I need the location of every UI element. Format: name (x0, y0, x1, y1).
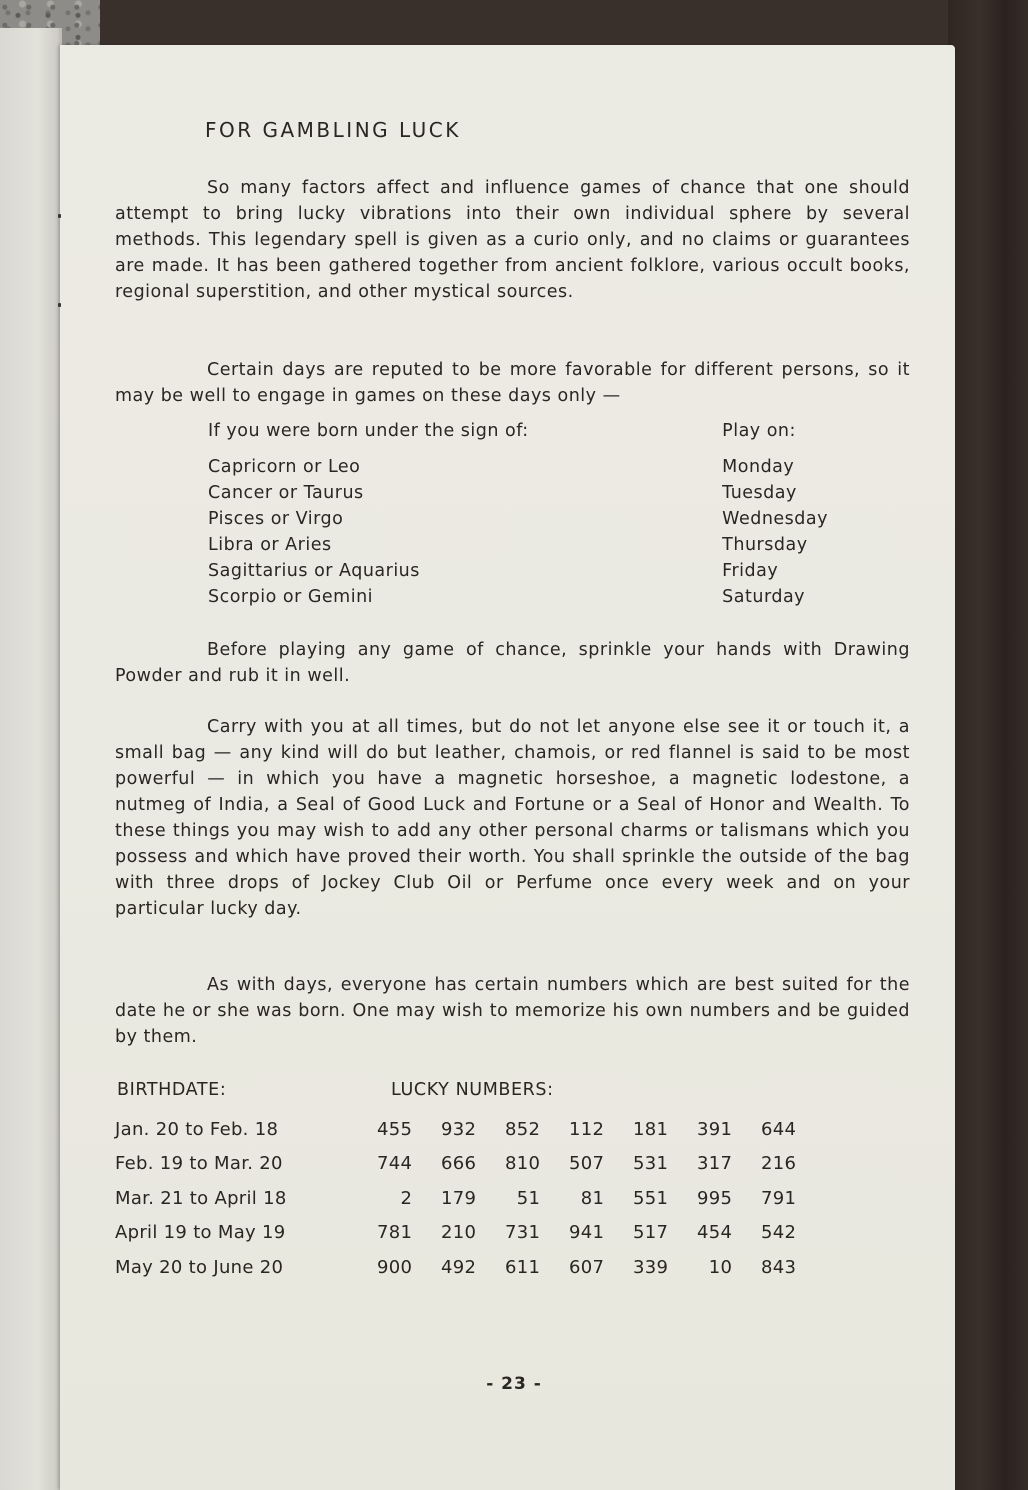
lucky-number-cell: 932 (412, 1112, 476, 1147)
zodiac-signs-cell: Sagittarius or Aquarius (208, 558, 722, 584)
lucky-number-cell: 81 (540, 1181, 604, 1216)
birthdate-cell: April 19 to May 19 (115, 1216, 377, 1251)
zodiac-signs-cell: Capricorn or Leo (208, 454, 722, 480)
lucky-number-cell: 112 (540, 1112, 604, 1147)
drawing-powder-paragraph: Before playing any game of chance, sprin… (115, 637, 910, 689)
page-title: FOR GAMBLING LUCK (205, 118, 461, 142)
table-row: Capricorn or LeoMonday (208, 454, 828, 480)
birthdate-column-header: BIRTHDATE: (117, 1080, 226, 1100)
lucky-number-cell: 941 (540, 1216, 604, 1251)
zodiac-signs-cell: Scorpio or Gemini (208, 584, 722, 610)
sign-column-header: If you were born under the sign of: (208, 418, 722, 454)
facing-page-edge (0, 28, 62, 1490)
birthdate-cell: May 20 to June 20 (115, 1250, 377, 1285)
lucky-number-cell: 731 (476, 1216, 540, 1251)
birthdate-cell: Jan. 20 to Feb. 18 (115, 1112, 377, 1147)
lucky-number-cell: 852 (476, 1112, 540, 1147)
lucky-number-cell: 995 (668, 1181, 732, 1216)
days-paragraph: Certain days are reputed to be more favo… (115, 357, 910, 409)
lucky-number-cell: 551 (604, 1181, 668, 1216)
table-row: Cancer or TaurusTuesday (208, 480, 828, 506)
lucky-number-cell: 10 (668, 1250, 732, 1285)
lucky-number-cell: 210 (412, 1216, 476, 1251)
table-row: Jan. 20 to Feb. 18455932852112181391644 (115, 1112, 796, 1147)
lucky-number-cell: 507 (540, 1147, 604, 1182)
birthdate-cell: Mar. 21 to April 18 (115, 1181, 377, 1216)
table-row: Feb. 19 to Mar. 20744666810507531317216 (115, 1147, 796, 1182)
day-column-header: Play on: (722, 418, 828, 454)
lucky-numbers-table: Jan. 20 to Feb. 18455932852112181391644F… (115, 1112, 796, 1285)
birthdate-cell: Feb. 19 to Mar. 20 (115, 1147, 377, 1182)
table-row: Mar. 21 to April 1821795181551995791 (115, 1181, 796, 1216)
lucky-number-cell: 607 (540, 1250, 604, 1285)
zodiac-day-table: If you were born under the sign of: Play… (208, 418, 828, 610)
margin-mark (58, 303, 61, 307)
page-number: - 23 - (0, 1374, 1028, 1394)
margin-mark (58, 214, 61, 218)
lucky-number-cell: 454 (668, 1216, 732, 1251)
zodiac-signs-cell: Cancer or Taurus (208, 480, 722, 506)
table-row: Libra or AriesThursday (208, 532, 828, 558)
play-day-cell: Thursday (722, 532, 828, 558)
lucky-number-cell: 644 (732, 1112, 796, 1147)
table-row: Scorpio or GeminiSaturday (208, 584, 828, 610)
lucky-number-cell: 317 (668, 1147, 732, 1182)
play-day-cell: Saturday (722, 584, 828, 610)
lucky-number-cell: 542 (732, 1216, 796, 1251)
lucky-number-cell: 2 (377, 1181, 412, 1216)
wood-table-background (948, 0, 1028, 1490)
lucky-numbers-column-header: LUCKY NUMBERS: (391, 1080, 554, 1100)
zodiac-signs-cell: Pisces or Virgo (208, 506, 722, 532)
lucky-number-cell: 810 (476, 1147, 540, 1182)
table-row: May 20 to June 2090049261160733910843 (115, 1250, 796, 1285)
lucky-number-cell: 181 (604, 1112, 668, 1147)
play-day-cell: Monday (722, 454, 828, 480)
lucky-number-cell: 339 (604, 1250, 668, 1285)
lucky-number-cell: 791 (732, 1181, 796, 1216)
charm-bag-paragraph: Carry with you at all times, but do not … (115, 714, 910, 922)
play-day-cell: Tuesday (722, 480, 828, 506)
lucky-number-cell: 531 (604, 1147, 668, 1182)
table-row: April 19 to May 19781210731941517454542 (115, 1216, 796, 1251)
intro-paragraph: So many factors affect and influence gam… (115, 175, 910, 305)
lucky-number-cell: 216 (732, 1147, 796, 1182)
lucky-number-cell: 843 (732, 1250, 796, 1285)
play-day-cell: Wednesday (722, 506, 828, 532)
table-row: Pisces or VirgoWednesday (208, 506, 828, 532)
lucky-number-cell: 455 (377, 1112, 412, 1147)
lucky-number-cell: 492 (412, 1250, 476, 1285)
lucky-number-cell: 517 (604, 1216, 668, 1251)
lucky-number-cell: 391 (668, 1112, 732, 1147)
lucky-number-cell: 900 (377, 1250, 412, 1285)
lucky-number-cell: 611 (476, 1250, 540, 1285)
lucky-number-cell: 666 (412, 1147, 476, 1182)
lucky-number-cell: 179 (412, 1181, 476, 1216)
zodiac-signs-cell: Libra or Aries (208, 532, 722, 558)
lucky-number-cell: 781 (377, 1216, 412, 1251)
numbers-paragraph: As with days, everyone has certain numbe… (115, 972, 910, 1050)
lucky-number-cell: 744 (377, 1147, 412, 1182)
lucky-number-cell: 51 (476, 1181, 540, 1216)
play-day-cell: Friday (722, 558, 828, 584)
table-row: Sagittarius or AquariusFriday (208, 558, 828, 584)
